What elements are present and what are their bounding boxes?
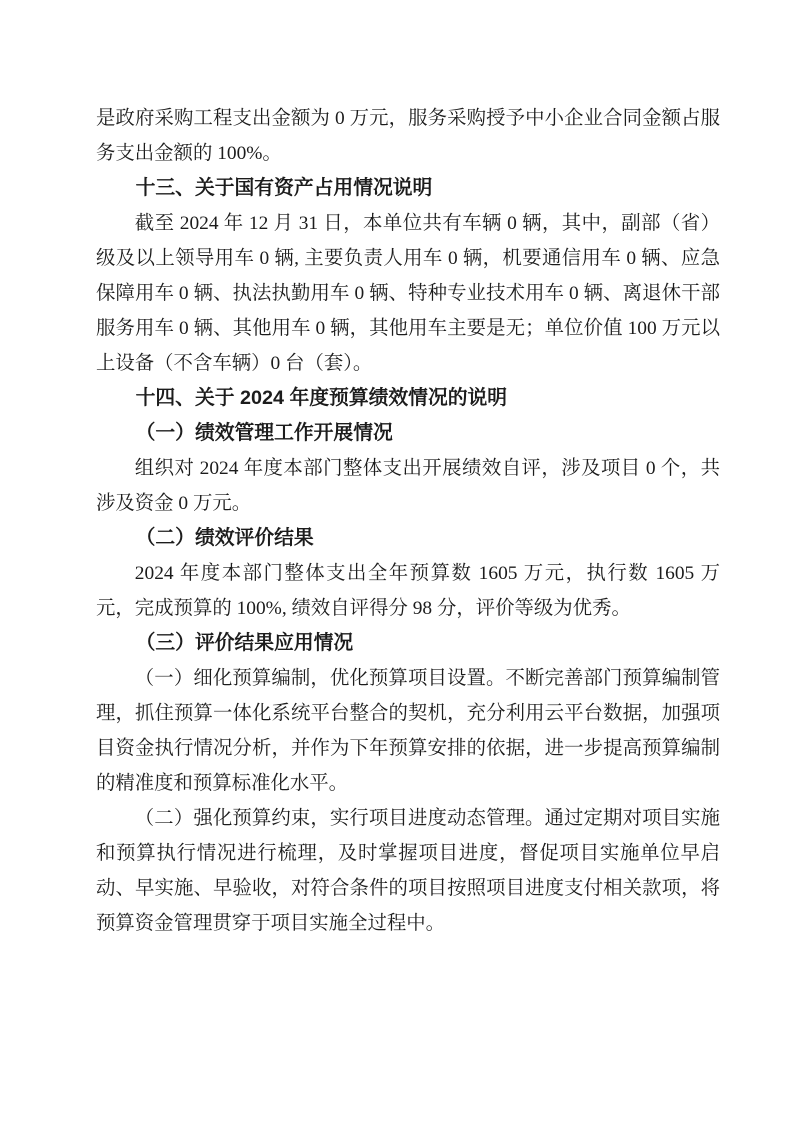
paragraph-procurement-continuation: 是政府采购工程支出金额为 0 万元，服务采购授予中小企业合同金额占服务支出金额的…: [96, 101, 720, 171]
subsection-heading-2: （二）绩效评价结果: [96, 521, 720, 556]
paragraph-application-1: （一）细化预算编制，优化预算项目设置。不断完善部门预算编制管理，抓住预算一体化系…: [96, 661, 720, 801]
section-heading-13: 十三、关于国有资产占用情况说明: [96, 171, 720, 206]
document-page: 是政府采购工程支出金额为 0 万元，服务采购授予中小企业合同金额占服务支出金额的…: [0, 0, 793, 1122]
paragraph-performance-selfreview: 组织对 2024 年度本部门整体支出开展绩效自评，涉及项目 0 个，共涉及资金 …: [96, 451, 720, 521]
paragraph-application-2: （二）强化预算约束，实行项目进度动态管理。通过定期对项目实施和预算执行情况进行梳…: [96, 801, 720, 941]
section-heading-14: 十四、关于 2024 年度预算绩效情况的说明: [96, 381, 720, 416]
paragraph-evaluation-result: 2024 年度本部门整体支出全年预算数 1605 万元，执行数 1605 万元，…: [96, 556, 720, 626]
paragraph-state-assets: 截至 2024 年 12 月 31 日，本单位共有车辆 0 辆，其中，副部（省）…: [96, 206, 720, 381]
subsection-heading-1: （一）绩效管理工作开展情况: [96, 416, 720, 451]
subsection-heading-3: （三）评价结果应用情况: [96, 626, 720, 661]
document-body: 是政府采购工程支出金额为 0 万元，服务采购授予中小企业合同金额占服务支出金额的…: [96, 101, 720, 941]
